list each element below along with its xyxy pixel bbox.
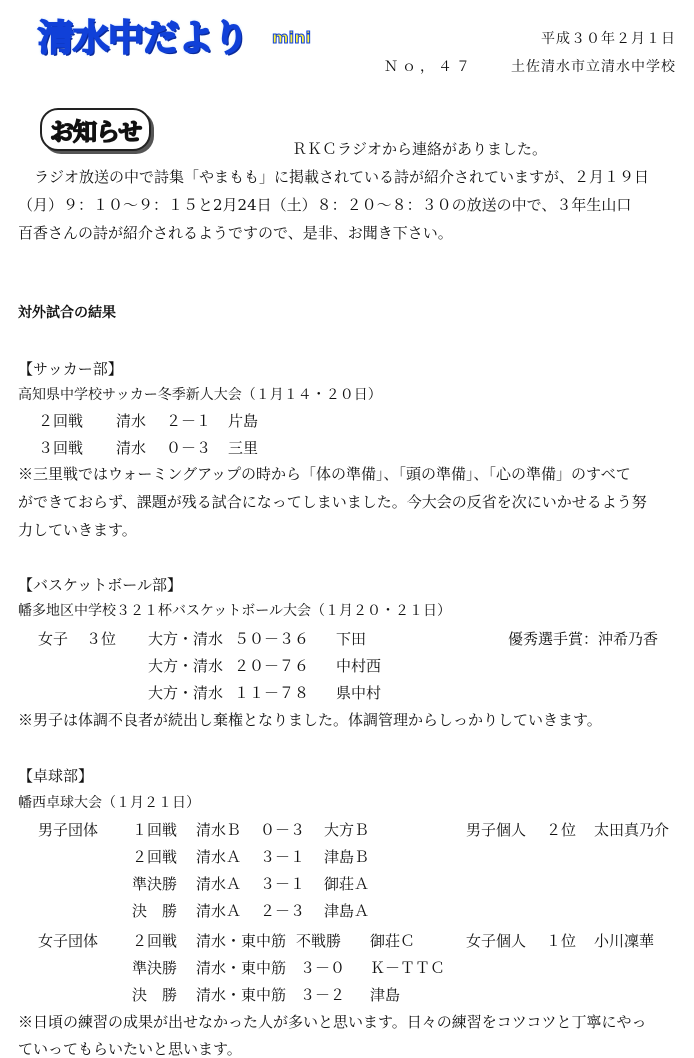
match-opponent: 県中村: [336, 682, 381, 703]
match-score: １１－７８: [234, 682, 309, 703]
table-tennis-tournament: 幡西卓球大会（１月２１日）: [18, 792, 200, 812]
match-team: 清水・東中筋: [196, 984, 286, 1005]
boys-individual-name: 太田真乃介: [594, 819, 669, 840]
match-team: 清水: [116, 410, 146, 431]
match-opponent: Ｋ－ＴＴＣ: [370, 957, 445, 978]
match-round: 準決勝: [132, 873, 177, 894]
girls-individual-name: 小川凜華: [594, 930, 654, 951]
girls-individual-place: １位: [546, 930, 576, 951]
match-team: 大方・清水: [148, 655, 223, 676]
match-opponent: 下田: [336, 628, 366, 649]
match-round: ３回戦: [38, 437, 83, 458]
match-team: 清水Ａ: [196, 846, 241, 867]
boys-individual-label: 男子個人: [466, 819, 526, 840]
match-round: １回戦: [132, 819, 177, 840]
match-score: ０－３: [260, 819, 305, 840]
match-team: 大方・清水: [148, 682, 223, 703]
table-tennis-note: ていってもらいたいと思います。: [18, 1038, 242, 1058]
match-score: ５０－３６: [234, 628, 309, 649]
girls-team-label: 女子団体: [38, 930, 98, 951]
match-round: ２回戦: [132, 846, 177, 867]
match-opponent: 御荘Ｃ: [370, 930, 415, 951]
match-opponent: 三里: [228, 437, 258, 458]
match-score: ２－１: [166, 410, 211, 431]
basketball-award: 優秀選手賞：沖希乃香: [508, 628, 658, 649]
table-tennis-note: ※日頃の練習の成果が出せなかった人が多いと思います。日々の練習をコツコツと丁寧に…: [18, 1011, 647, 1032]
match-team: 清水Ｂ: [196, 819, 241, 840]
boys-individual-place: ２位: [546, 819, 576, 840]
school-name: 土佐清水市立清水中学校: [511, 56, 676, 76]
match-team: 清水・東中筋: [196, 957, 286, 978]
newsletter-title-suffix: mini: [272, 28, 311, 47]
match-opponent: 津島: [370, 984, 400, 1005]
match-opponent: 津島Ａ: [324, 900, 369, 921]
soccer-club-label: 【サッカー部】: [18, 358, 123, 379]
match-team: 清水・東中筋: [196, 930, 286, 951]
match-score: ３－０: [300, 957, 345, 978]
basketball-club-label: 【バスケットボール部】: [18, 574, 182, 595]
match-team: 大方・清水: [148, 628, 223, 649]
soccer-tournament: 高知県中学校サッカー冬季新人大会（１月１４・２０日）: [18, 384, 382, 404]
match-score: ２－３: [260, 900, 305, 921]
table-tennis-club-label: 【卓球部】: [18, 765, 93, 786]
basketball-note: ※男子は体調不良者が続出し棄権となりました。体調管理からしっかりしていきます。: [18, 709, 602, 730]
newsletter-title: 清水中だより: [38, 10, 248, 61]
match-opponent: 御荘Ａ: [324, 873, 369, 894]
match-team: 清水Ａ: [196, 900, 241, 921]
match-round: ２回戦: [132, 930, 177, 951]
match-opponent: 中村西: [336, 655, 381, 676]
soccer-note: ※三里戦ではウォーミングアップの時から「体の準備」、「頭の準備」、「心の準備」の…: [18, 463, 631, 484]
match-round: ２回戦: [38, 410, 83, 431]
match-opponent: 片島: [228, 410, 258, 431]
match-round: 決 勝: [132, 900, 177, 921]
soccer-note: ができておらず、課題が残る試合になってしまいました。今大会の反省を次にいかせるよ…: [18, 491, 647, 512]
match-team: 清水: [116, 437, 146, 458]
match-score: ３－１: [260, 873, 305, 894]
soccer-note: 力していきます。: [18, 519, 137, 540]
basketball-tournament: 幡多地区中学校３２１杯バスケットボール大会（１月２０・２１日）: [18, 600, 451, 620]
basketball-division: 女子: [38, 628, 68, 649]
girls-individual-label: 女子個人: [466, 930, 526, 951]
match-round: 決 勝: [132, 984, 177, 1005]
match-score: ０－３: [166, 437, 211, 458]
match-score: ２０－７６: [234, 655, 309, 676]
match-opponent: 津島Ｂ: [324, 846, 369, 867]
match-score: ３－２: [300, 984, 345, 1005]
notice-line: ラジオ放送の中で詩集「やまもも」に掲載されている詩が紹介されていますが、２月１９…: [34, 166, 649, 187]
match-team: 清水Ａ: [196, 873, 241, 894]
notice-badge: お知らせ: [40, 108, 151, 151]
boys-team-label: 男子団体: [38, 819, 98, 840]
match-opponent: 大方Ｂ: [324, 819, 369, 840]
results-section-title: 対外試合の結果: [18, 302, 116, 322]
issue-date: 平成３０年２月１日: [541, 28, 676, 48]
notice-line: 百香さんの詩が紹介されるようですので、是非、お聞き下さい。: [18, 222, 453, 243]
notice-line: （月）９：１０～９：１５と2月24日（土）８：２０～８：３０の放送の中で、３年生…: [18, 194, 631, 215]
notice-heading: ＲＫＣラジオから連絡がありました。: [292, 138, 547, 159]
basketball-placement: ３位: [86, 628, 116, 649]
match-round: 準決勝: [132, 957, 177, 978]
match-score: ３－１: [260, 846, 305, 867]
issue-number: Ｎｏ，４７: [384, 56, 474, 76]
match-score: 不戦勝: [296, 930, 341, 951]
